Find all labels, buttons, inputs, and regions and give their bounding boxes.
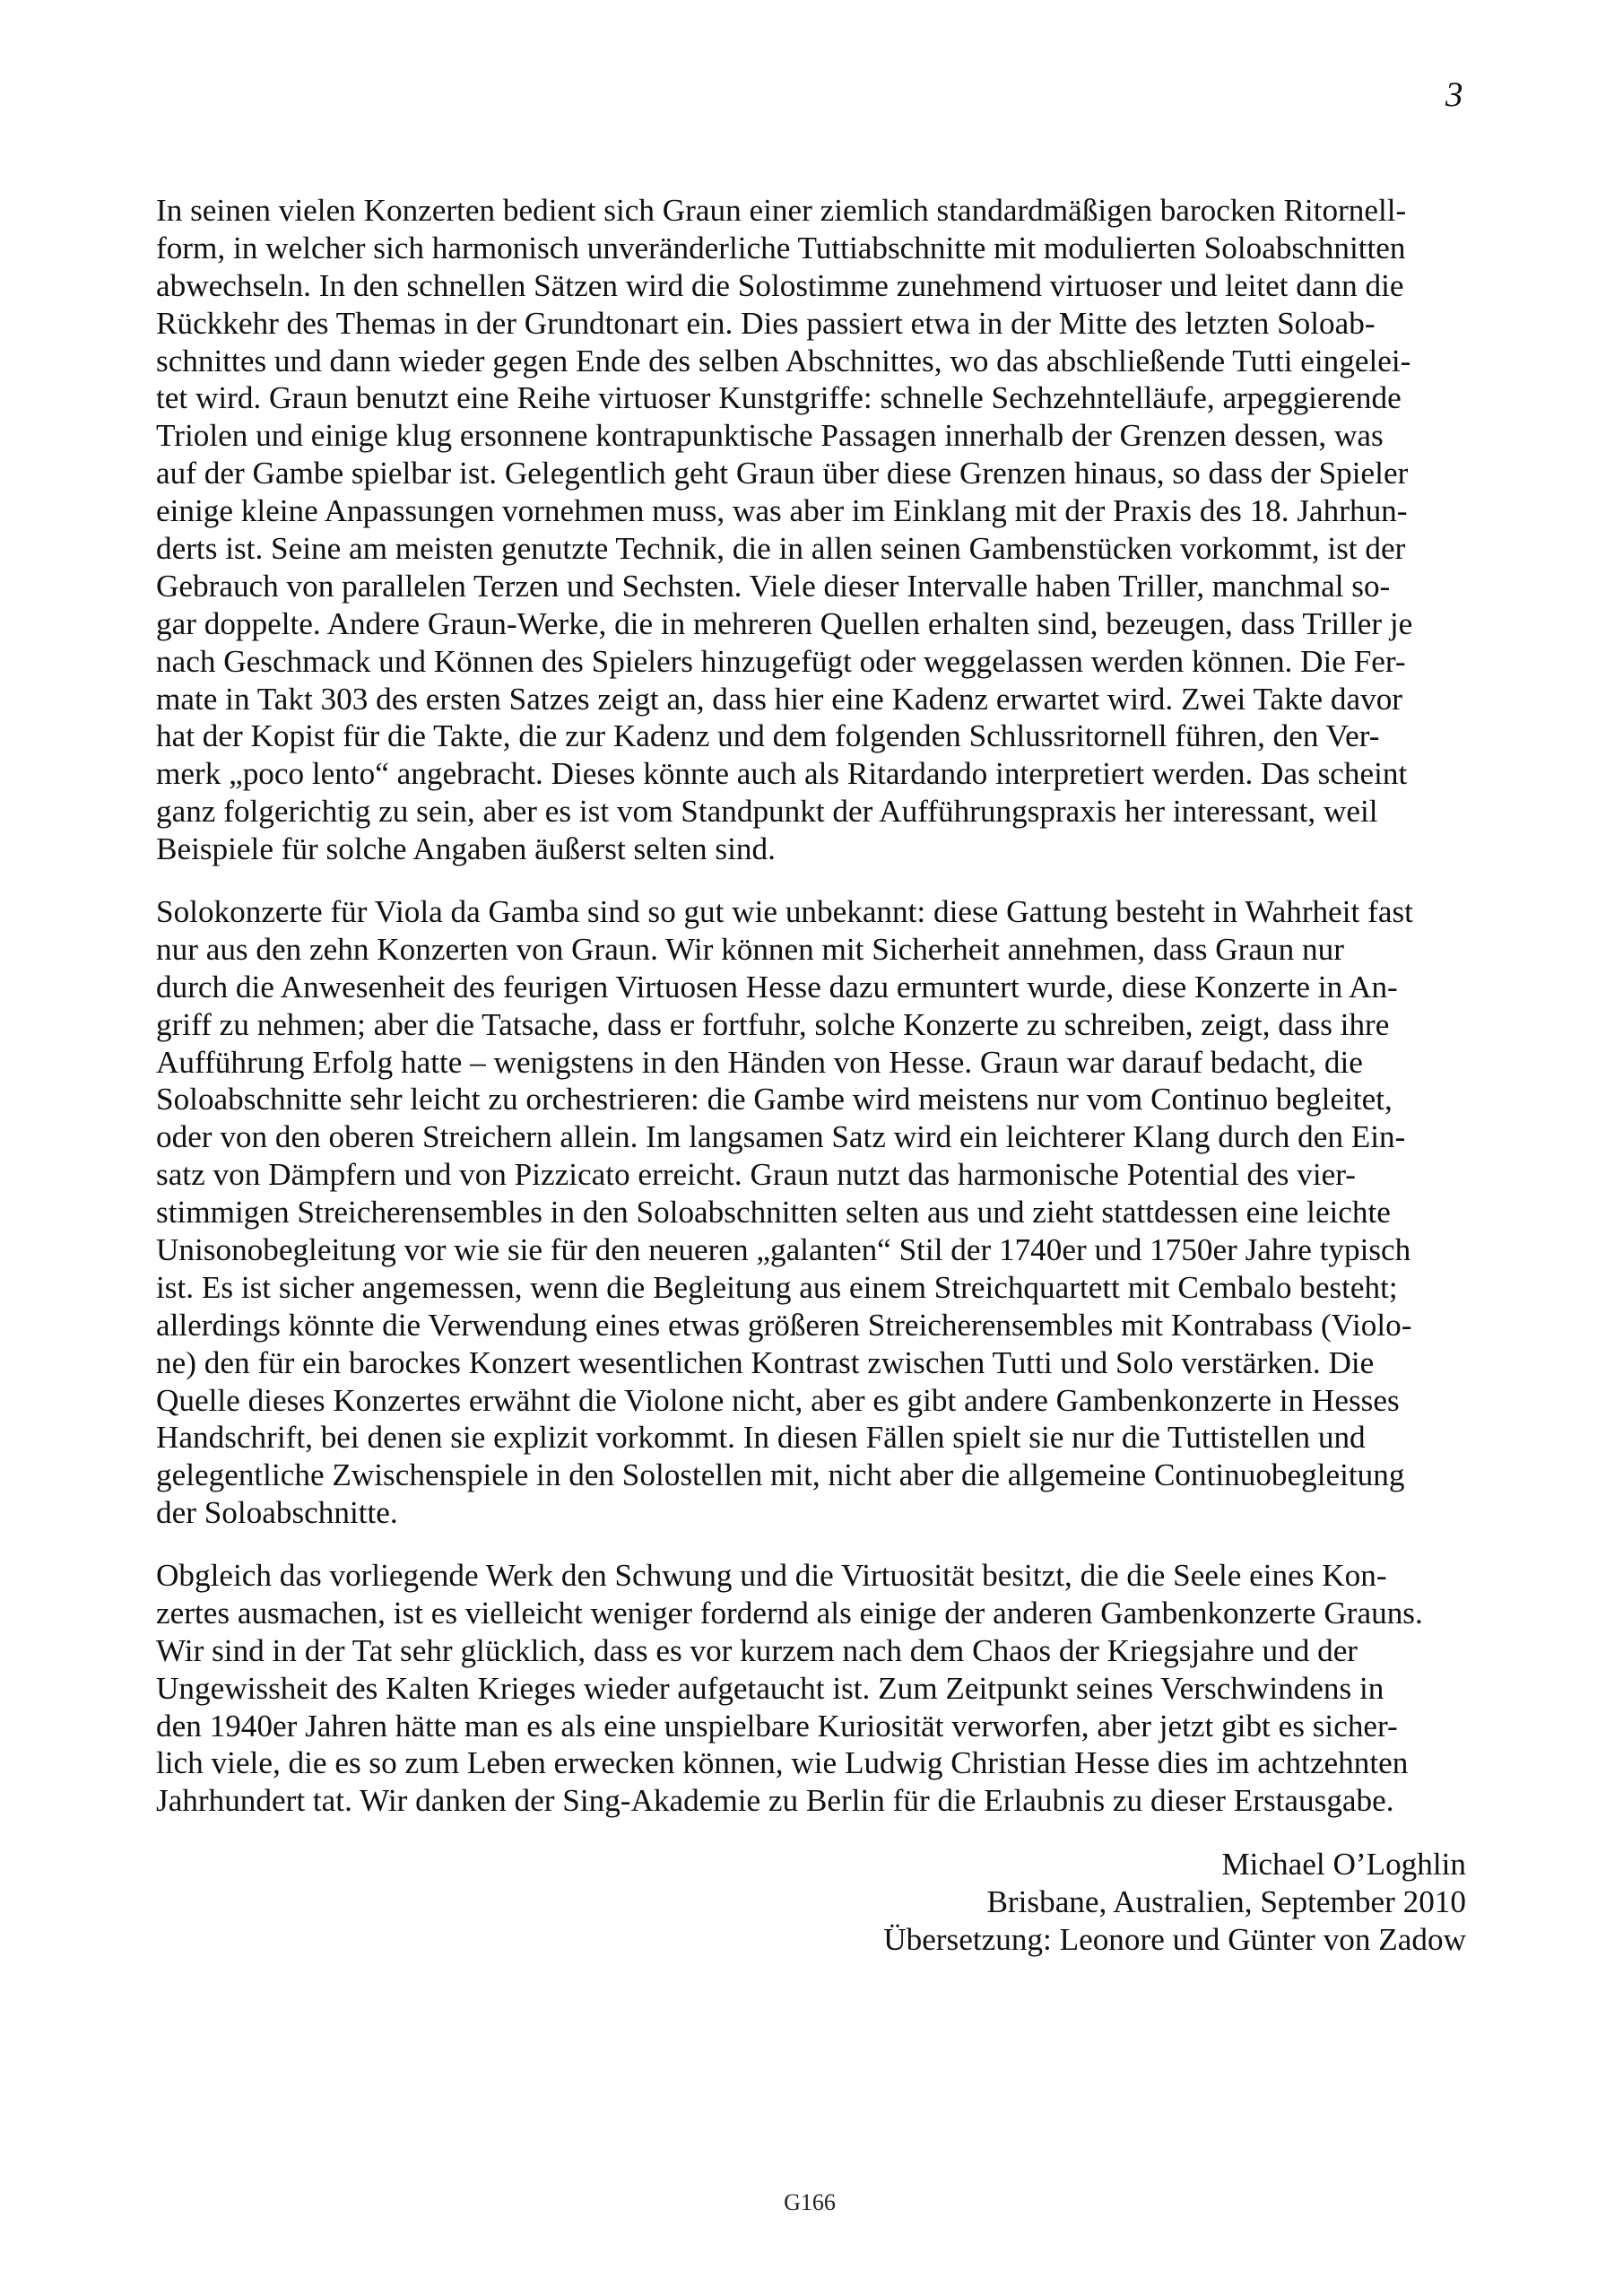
text-line: Ungewissheit des Kalten Krieges wieder a…	[156, 1670, 1492, 1708]
text-line: Wir sind in der Tat sehr glücklich, dass…	[156, 1632, 1492, 1670]
text-line: schnittes und dann wieder gegen Ende des…	[156, 343, 1492, 380]
text-line: auf der Gambe spielbar ist. Gelegentlich…	[156, 455, 1492, 492]
text-line: ist. Es ist sicher angemessen, wenn die …	[156, 1269, 1492, 1307]
text-line: gar doppelte. Andere Graun-Werke, die in…	[156, 605, 1492, 643]
text-line: Rückkehr des Themas in der Grundtonart e…	[156, 305, 1492, 343]
text-line: Soloabschnitte sehr leicht zu orchestrie…	[156, 1081, 1492, 1118]
text-line: oder von den oberen Streichern allein. I…	[156, 1118, 1492, 1156]
text-line: mate in Takt 303 des ersten Satzes zeigt…	[156, 681, 1492, 718]
text-line: tet wird. Graun benutzt eine Reihe virtu…	[156, 379, 1492, 417]
text-line: durch die Anwesenheit des feurigen Virtu…	[156, 969, 1492, 1006]
text-line: Jahrhundert tat. Wir danken der Sing-Aka…	[156, 1782, 1492, 1820]
place-date: Brisbane, Australien, September 2010	[883, 1883, 1466, 1921]
text-line: Aufführung Erfolg hatte – wenigstens in …	[156, 1044, 1492, 1082]
text-line: derts ist. Seine am meisten genutzte Tec…	[156, 530, 1492, 568]
text-line: lich viele, die es so zum Leben erwecken…	[156, 1744, 1492, 1782]
text-line: ne) den für ein barockes Konzert wesentl…	[156, 1344, 1492, 1382]
paragraph-3: Obgleich das vorliegende Werk den Schwun…	[156, 1557, 1492, 1820]
text-line: allerdings könnte die Verwendung eines e…	[156, 1307, 1492, 1344]
document-page: 3 In seinen vielen Konzerten bedient sic…	[0, 0, 1623, 2296]
text-line: gelegentliche Zwischenspiele in den Solo…	[156, 1457, 1492, 1494]
text-line: den 1940er Jahren hätte man es als eine …	[156, 1708, 1492, 1745]
edition-code: G166	[784, 2189, 836, 2215]
text-line: griff zu nehmen; aber die Tatsache, dass…	[156, 1006, 1492, 1044]
paragraph-1: In seinen vielen Konzerten bedient sich …	[156, 192, 1492, 868]
text-line: Unisonobegleitung vor wie sie für den ne…	[156, 1231, 1492, 1269]
text-line: In seinen vielen Konzerten bedient sich …	[156, 192, 1492, 230]
text-line: ganz folgerichtig zu sein, aber es ist v…	[156, 793, 1492, 831]
text-line: Gebrauch von parallelen Terzen und Sechs…	[156, 568, 1492, 605]
text-line: einige kleine Anpassungen vornehmen muss…	[156, 492, 1492, 530]
paragraph-2: Solokonzerte für Viola da Gamba sind so …	[156, 893, 1492, 1532]
text-line: merk „poco lento“ angebracht. Dieses kön…	[156, 755, 1492, 793]
text-line: zertes ausmachen, ist es vielleicht weni…	[156, 1595, 1492, 1632]
text-line: satz von Dämpfern und von Pizzicato erre…	[156, 1156, 1492, 1194]
text-line: hat der Kopist für die Takte, die zur Ka…	[156, 717, 1492, 755]
text-line: form, in welcher sich harmonisch unverän…	[156, 230, 1492, 267]
text-line: nur aus den zehn Konzerten von Graun. Wi…	[156, 931, 1492, 969]
signature-block: Michael O’Loghlin Brisbane, Australien, …	[883, 1846, 1466, 1959]
text-line: Beispiele für solche Angaben äußerst sel…	[156, 831, 1492, 868]
text-line: Handschrift, bei denen sie explizit vork…	[156, 1419, 1492, 1457]
text-line: abwechseln. In den schnellen Sätzen wird…	[156, 267, 1492, 305]
footer: G166	[0, 2189, 1623, 2216]
text-line: Obgleich das vorliegende Werk den Schwun…	[156, 1557, 1492, 1595]
text-line: stimmigen Streicherensembles in den Solo…	[156, 1194, 1492, 1231]
translation-credit: Übersetzung: Leonore und Günter von Zado…	[883, 1921, 1466, 1959]
author-name: Michael O’Loghlin	[883, 1846, 1466, 1883]
text-line: der Soloabschnitte.	[156, 1494, 1492, 1532]
text-line: Solokonzerte für Viola da Gamba sind so …	[156, 893, 1492, 931]
page-number: 3	[1445, 75, 1463, 115]
text-line: Triolen und einige klug ersonnene kontra…	[156, 417, 1492, 455]
text-line: nach Geschmack und Können des Spielers h…	[156, 643, 1492, 681]
text-line: Quelle dieses Konzertes erwähnt die Viol…	[156, 1382, 1492, 1420]
